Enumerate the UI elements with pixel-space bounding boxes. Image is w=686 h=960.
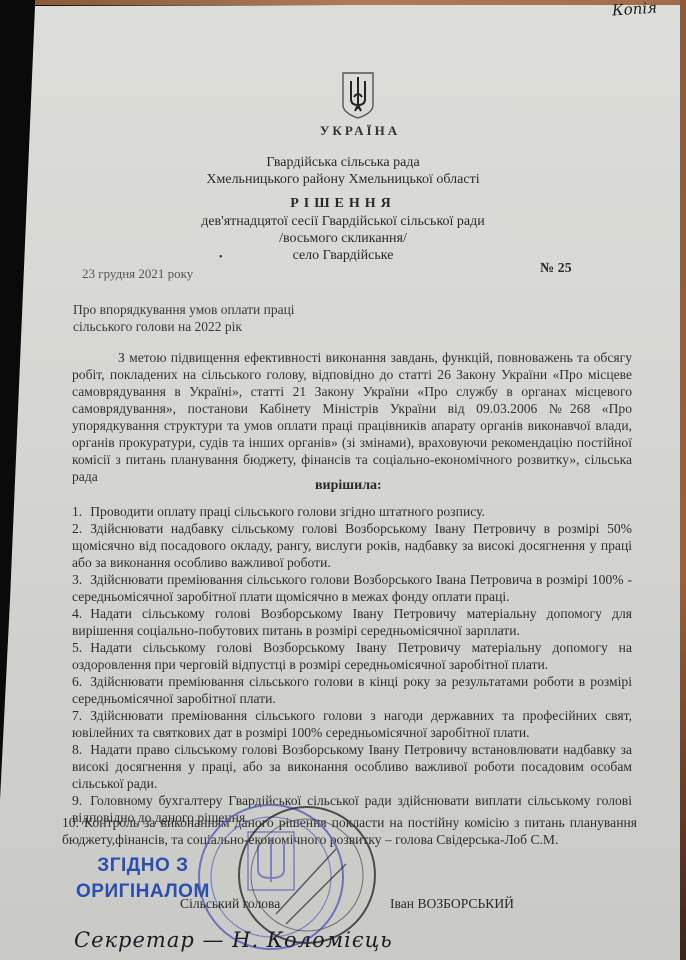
country-name: УКРАЇНА bbox=[290, 123, 430, 139]
subject-line-2: сільського голови на 2022 рік bbox=[73, 318, 295, 335]
subject-block: Про впорядкування умов оплати праці сіль… bbox=[73, 301, 295, 335]
list-item: 7.Здійснювати преміювання сільського гол… bbox=[72, 707, 632, 741]
stray-dot: • bbox=[219, 252, 223, 263]
preamble-paragraph: З метою підвищення ефективності виконанн… bbox=[72, 349, 632, 485]
document-number: № 25 bbox=[540, 261, 572, 277]
desk-edge-top bbox=[35, 0, 686, 5]
coat-of-arms-icon bbox=[341, 71, 375, 119]
resolution-items-list: 1.Проводити оплату праці сільського голо… bbox=[72, 503, 632, 826]
desk-edge-right bbox=[680, 0, 686, 960]
session-line-1: дев'ятнадцятої сесії Гвардійської сільсь… bbox=[0, 214, 686, 230]
resolved-heading: вирішила: bbox=[315, 478, 382, 494]
official-seal-overlay-icon bbox=[236, 804, 378, 946]
organization-line-1: Гвардійська сільська рада bbox=[0, 155, 686, 171]
organization-line-2: Хмельницького району Хмельницької област… bbox=[0, 172, 686, 188]
list-item: 1.Проводити оплату праці сільського голо… bbox=[72, 503, 632, 520]
subject-line-1: Про впорядкування умов оплати праці bbox=[73, 301, 295, 318]
document-type-title: РІШЕННЯ bbox=[0, 196, 686, 212]
list-item: 2.Здійснювати надбавку сільському голові… bbox=[72, 520, 632, 571]
secretary-handwritten-note: Секретар — Н. Коломієць bbox=[74, 928, 393, 952]
list-item: 6.Здійснювати преміювання сільського гол… bbox=[72, 673, 632, 707]
list-item: 5.Надати сільському голові Возборському … bbox=[72, 639, 632, 673]
list-item: 4.Надати сільському голові Возборському … bbox=[72, 605, 632, 639]
document-date: 23 грудня 2021 року bbox=[82, 266, 193, 282]
place-line: село Гвардійське bbox=[0, 248, 686, 264]
signer-name: Іван ВОЗБОРСЬКИЙ bbox=[390, 896, 514, 912]
signer-role: Сільський голова bbox=[180, 896, 280, 912]
list-item: 8.Надати право сільському голові Возборс… bbox=[72, 741, 632, 792]
copy-handwritten-mark: Копія bbox=[611, 0, 657, 20]
session-line-2: /восьмого скликання/ bbox=[0, 231, 686, 247]
list-item: 3.Здійснювати преміювання сільського гол… bbox=[72, 571, 632, 605]
